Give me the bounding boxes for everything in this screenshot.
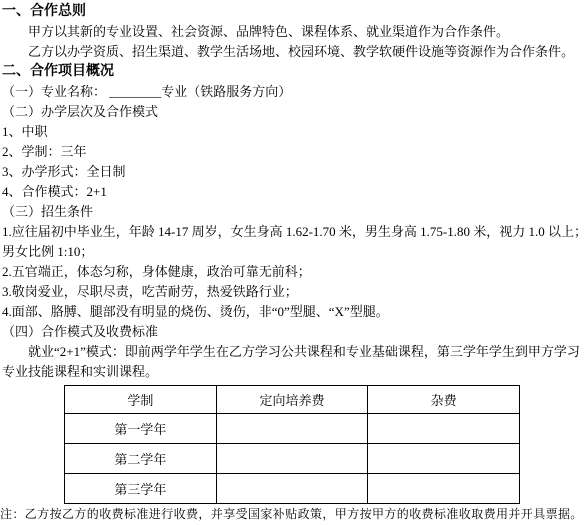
condition-gender-ratio: 男女比例 1:10； <box>0 242 587 262</box>
heading-project-overview: 二、合作项目概况 <box>0 62 587 82</box>
item-schooling-form: 3、办学形式：全日制 <box>0 162 587 182</box>
fees-table-body: 第一学年第二学年第三学年 <box>65 414 520 504</box>
item-schooling-level-and-mode: （二）办学层次及合作模式 <box>0 102 587 122</box>
condition-age-height: 1.应往届初中毕业生，年龄 14-17 周岁，女生身高 1.62-1.70 米，… <box>0 222 587 242</box>
item-major-name: （一）专业名称： ________专业（铁路服务方向） <box>0 82 587 102</box>
fees-table-header: 学制 <box>65 386 217 414</box>
paragraph-mode-description: 就业“2+1”模式：即前两学年学生在乙方学习公共课程和专业基础课程，第三学年学生… <box>0 342 587 362</box>
condition-no-scars: 4.面部、胳膊、腿部没有明显的烧伤、烫伤，非“0”型腿、“X”型腿。 <box>0 302 587 322</box>
table-row: 第二学年 <box>65 444 520 474</box>
paragraph-mode-description-cont: 专业技能课程和实训课程。 <box>0 362 587 382</box>
fees-table-header: 定向培养费 <box>216 386 368 414</box>
heading-enrollment-conditions: （三）招生条件 <box>0 202 587 222</box>
document-page: 一、合作总则甲方以其新的专业设置、社会资源、品牌特色、课程体系、就业渠道作为合作… <box>0 0 587 525</box>
fee-value-cell <box>216 414 368 444</box>
item-cooperation-mode: 4、合作模式：2+1 <box>0 182 587 202</box>
fee-value-cell <box>368 444 520 474</box>
year-label-cell: 第三学年 <box>65 474 217 504</box>
table-row: 第一学年 <box>65 414 520 444</box>
fee-value-cell <box>216 474 368 504</box>
condition-work-ethic: 3.敬岗爱业，尽职尽责，吃苦耐劳，热爱铁路行业； <box>0 282 587 302</box>
fee-value-cell <box>216 444 368 474</box>
fees-table: 学制定向培养费杂费 第一学年第二学年第三学年 <box>64 385 520 504</box>
clause-party-b-conditions: 乙方以办学资质、招生渠道、教学生活场地、校园环境、教学软硬件设施等资源作为合作条… <box>0 42 587 62</box>
fee-value-cell <box>368 474 520 504</box>
table-header-row: 学制定向培养费杂费 <box>65 386 520 414</box>
fees-table-head: 学制定向培养费杂费 <box>65 386 520 414</box>
heading-mode-and-fees: （四）合作模式及收费标准 <box>0 322 587 342</box>
table-row: 第三学年 <box>65 474 520 504</box>
year-label-cell: 第二学年 <box>65 444 217 474</box>
fees-note: 注：乙方按乙方的收费标准进行收费，并享受国家补贴政策，甲方按甲方的收费标准收取费… <box>0 504 587 524</box>
heading-cooperation-principles: 一、合作总则 <box>0 2 587 22</box>
fee-value-cell <box>368 414 520 444</box>
condition-appearance-health: 2.五官端正，体态匀称，身体健康，政治可靠无前科； <box>0 262 587 282</box>
fees-table-header: 杂费 <box>368 386 520 414</box>
year-label-cell: 第一学年 <box>65 414 217 444</box>
item-schooling-length: 2、学制：三年 <box>0 142 587 162</box>
document-lines: 一、合作总则甲方以其新的专业设置、社会资源、品牌特色、课程体系、就业渠道作为合作… <box>0 2 587 382</box>
clause-party-a-conditions: 甲方以其新的专业设置、社会资源、品牌特色、课程体系、就业渠道作为合作条件。 <box>0 22 587 42</box>
item-level-zhongzhi: 1、中职 <box>0 122 587 142</box>
